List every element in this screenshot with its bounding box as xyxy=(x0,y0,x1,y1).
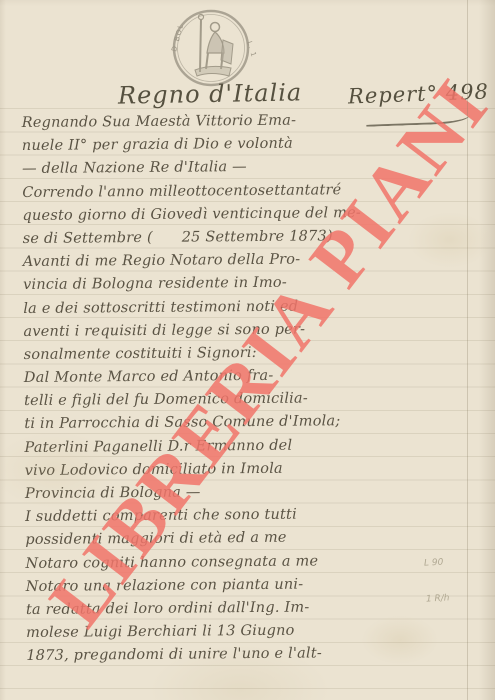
stamp-left-text: D BOL xyxy=(170,22,185,52)
revenue-stamp: D BOL L. 1 xyxy=(163,6,259,90)
manuscript-line: 1873, pregandomi di unire l'uno e l'alt- xyxy=(26,641,486,668)
repertorio-number: Repert° 498 xyxy=(348,80,490,109)
scanned-document-page: D BOL L. 1 Regno d'Italia Repert° 498 Re… xyxy=(0,0,495,700)
margin-note-line: L 90 xyxy=(424,556,448,569)
manuscript-body: Regnando Sua Maestà Vittorio Ema- nuele … xyxy=(22,108,487,668)
margin-note-line: 1 R/h xyxy=(426,592,450,605)
margin-pencil-note: L 90 1 R/h xyxy=(423,532,452,629)
page-title: Regno d'Italia xyxy=(118,78,303,109)
document-header: Regno d'Italia Repert° 498 xyxy=(0,80,495,110)
revenue-stamp-icon: D BOL L. 1 xyxy=(163,6,259,90)
